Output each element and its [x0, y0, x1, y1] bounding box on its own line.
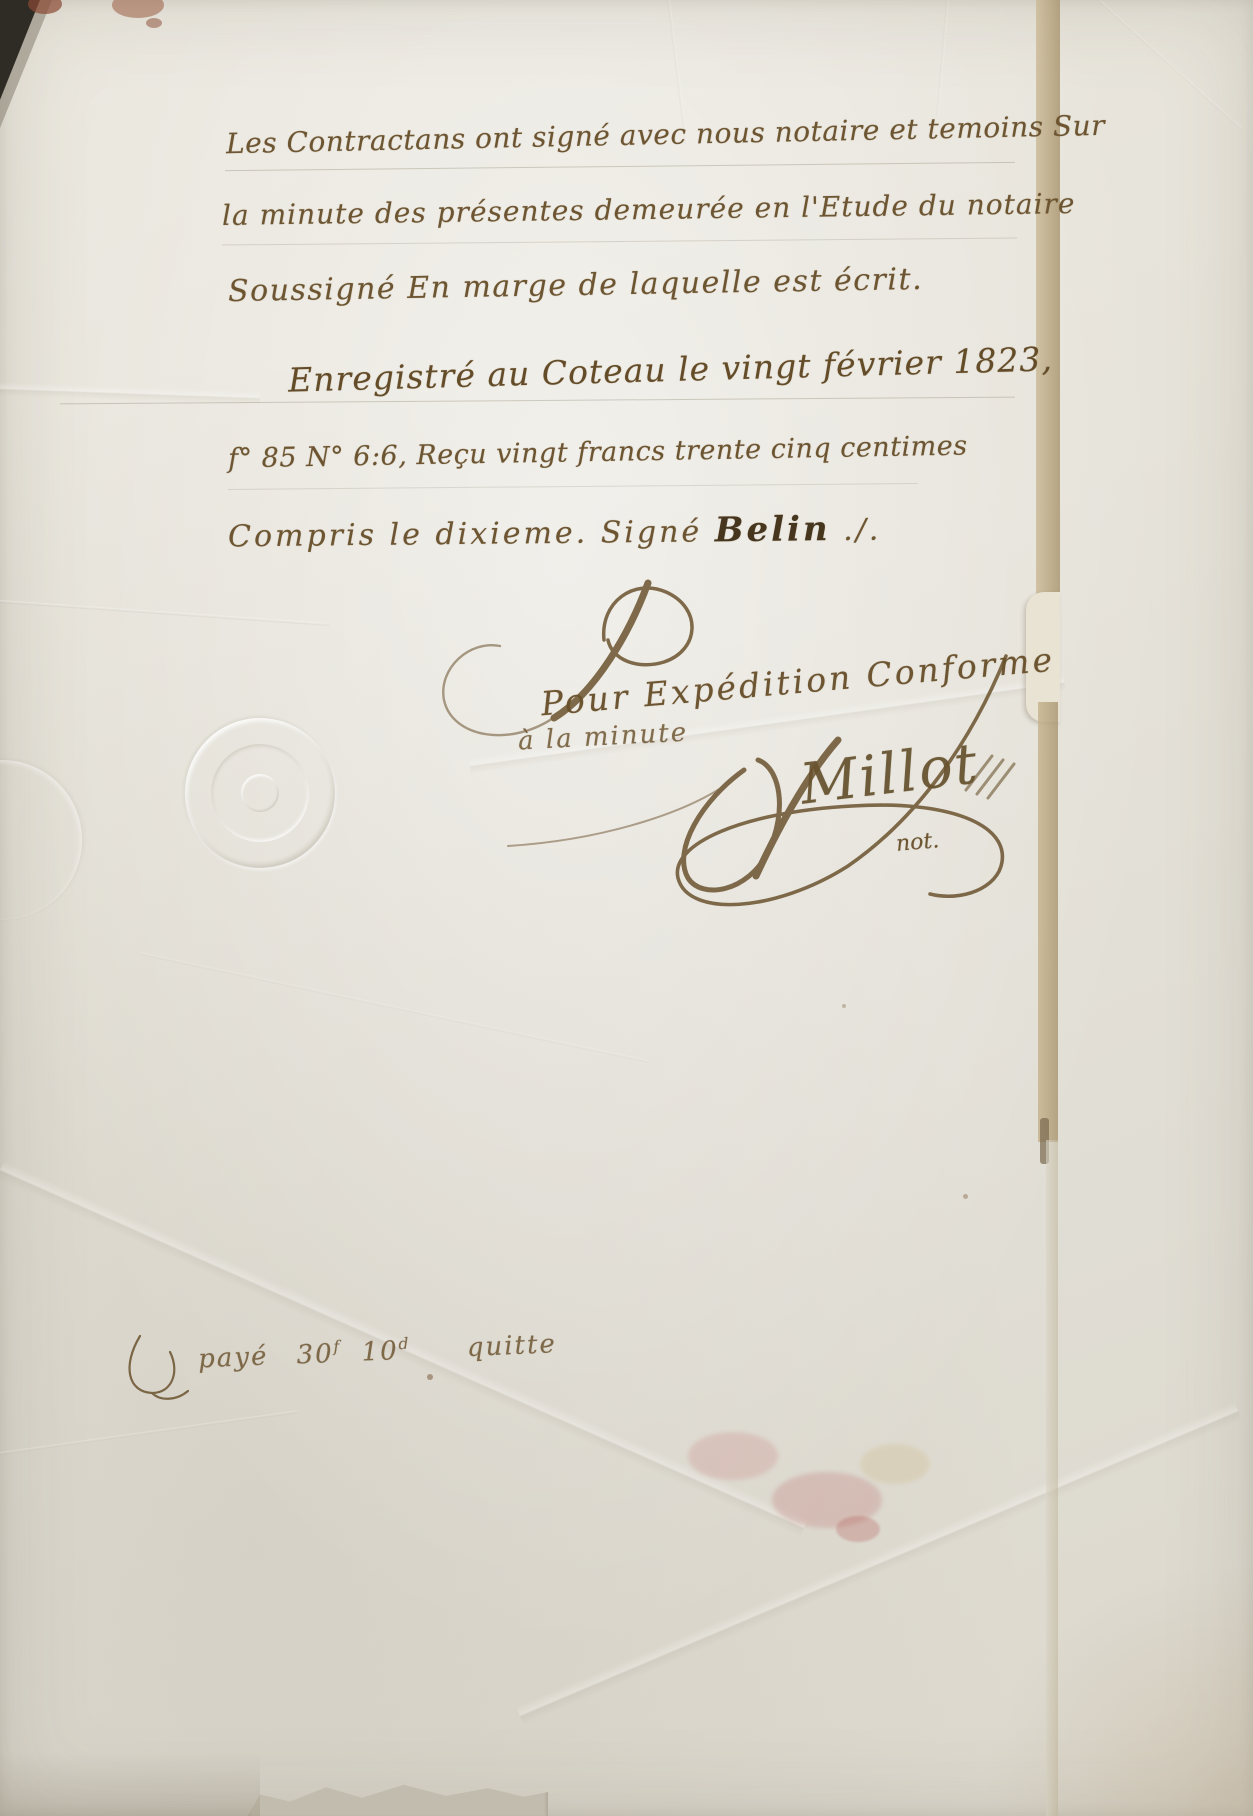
registration-line-2: f° 85 N° 6:6, Reçu vingt francs trente c…: [228, 431, 968, 475]
signer-name-belin: Belin: [715, 509, 831, 550]
embossed-seal-center: [241, 774, 279, 812]
embossed-seal-edge-arc: [0, 760, 82, 920]
registration-line-1: Enregistré au Coteau le vingt février 18…: [288, 339, 1054, 399]
marginal-paid-label: payé: [198, 1341, 269, 1374]
registration-line-3-mark: ./.: [830, 513, 881, 549]
pink-stain: [688, 1432, 778, 1480]
ink-speck: [842, 1004, 846, 1008]
crease-line: [140, 952, 649, 1063]
notary-title: not.: [895, 828, 940, 857]
baseline-rule: [60, 397, 1015, 405]
closing-line-3: Soussigné En marge de laquelle est écrit…: [228, 262, 924, 309]
certification-line-2: à la minute: [517, 718, 688, 757]
signature-initial-loop: [684, 760, 780, 890]
signature-tail-through-minute: [508, 772, 742, 846]
flourish-p-bowl: [604, 588, 692, 665]
closing-line-1: Les Contractans ont signé avec nous nota…: [226, 109, 1106, 160]
ink-speck: [427, 1374, 433, 1380]
corner-shadow: [0, 0, 60, 135]
registration-line-3-text: Compris le dixieme. Signé: [228, 514, 715, 554]
top-edge-stain: [146, 18, 162, 28]
notary-signature: Millot: [797, 731, 983, 817]
baseline-rule: [225, 162, 1015, 171]
bottom-tear: [248, 1768, 548, 1816]
top-edge-stain: [112, 0, 164, 18]
closing-line-2: la minute des présentes demeurée en l'Et…: [222, 187, 1076, 232]
marginal-francs: 30: [296, 1339, 334, 1371]
page-right-edge: [1036, 0, 1060, 620]
baseline-rule: [228, 483, 918, 490]
certification-line-1: Pour Expédition Conforme: [539, 640, 1056, 724]
marginal-deniers-unit: d: [398, 1335, 411, 1354]
marginal-francs-unit: f: [333, 1338, 342, 1356]
marginal-deniers: 10: [361, 1336, 399, 1368]
marginal-quit-label: quitte: [466, 1329, 557, 1363]
ink-speck: [963, 1194, 968, 1199]
crease-line: [0, 1410, 297, 1455]
crease-line: [0, 600, 329, 626]
marginal-note: payé 30f 10d quitte: [198, 1328, 558, 1374]
bottom-underpage: [0, 1752, 260, 1816]
marginal-note-swash: [130, 1336, 188, 1399]
crease-line: [936, 0, 949, 115]
baseline-rule: [222, 238, 1017, 246]
bottom-right-warmth: [980, 1560, 1253, 1816]
yellow-stain: [860, 1444, 930, 1484]
registration-line-3: Compris le dixieme. Signé Belin ./.: [228, 509, 882, 556]
crease-line: [1099, 0, 1242, 129]
page-right-edge: [1038, 702, 1058, 1142]
pink-stain: [836, 1516, 880, 1542]
scanned-document-page: Les Contractans ont signé avec nous nota…: [0, 0, 1253, 1816]
